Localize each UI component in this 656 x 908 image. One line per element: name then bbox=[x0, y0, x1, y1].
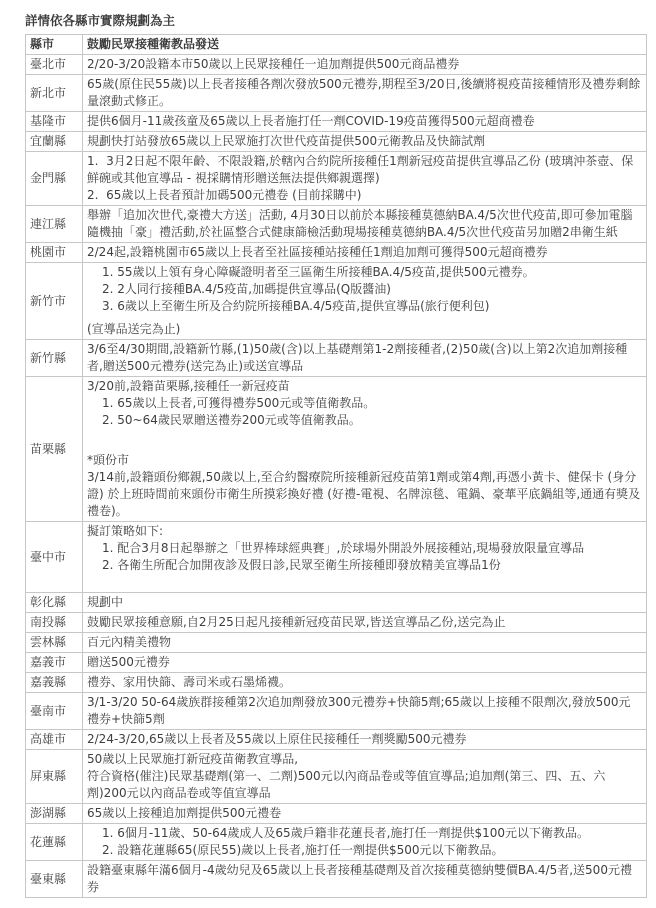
policy-line: 2. 各衛生所配合加開夜診及假日診,民眾至衛生所接種即發放精美宣導品1份 bbox=[87, 557, 642, 574]
policy-line: 3/6至4/30期間,設籍新竹縣,(1)50歲(含)以上基礎劑第1-2劑接種者,… bbox=[87, 341, 642, 375]
county-name: 臺中市 bbox=[26, 522, 83, 593]
policy-cell: 百元內精美禮物 bbox=[83, 633, 647, 653]
policy-line: 贈送500元禮券 bbox=[87, 654, 642, 671]
table-row: 連江縣舉辦「追加次世代,豪禮大方送」活動, 4月30日以前於本縣接種莫德納BA.… bbox=[26, 206, 647, 243]
table-row: 臺北市2/20-3/20設籍本市50歲以上民眾接種任一追加劑提供500元商品禮券 bbox=[26, 55, 647, 75]
policy-line: 65歲以上接種追加劑提供500元禮卷 bbox=[87, 805, 642, 822]
policy-cell: 50歲以上民眾施打新冠疫苗衛教宣導品,符合資格(催注)民眾基礎劑(第一、二劑)5… bbox=[83, 750, 647, 804]
policy-line: 擬訂策略如下: bbox=[87, 523, 642, 540]
policy-line bbox=[87, 574, 642, 591]
table-row: 宜蘭縣規劃快打站發放65歲以上民眾施打次世代疫苗提供500元衛教品及快篩試劑 bbox=[26, 132, 647, 152]
table-row: 花蓮縣1. 6個月-11歲、50-64歲成人及65歲戶籍非花蓮長者,施打任一劑提… bbox=[26, 824, 647, 861]
table-row: 屏東縣50歲以上民眾施打新冠疫苗衛教宣導品,符合資格(催注)民眾基礎劑(第一、二… bbox=[26, 750, 647, 804]
county-name: 連江縣 bbox=[26, 206, 83, 243]
table-row: 基隆市提供6個月-11歲孩童及65歲以上長者施打任一劑COVID-19疫苗獲得5… bbox=[26, 112, 647, 132]
county-name: 澎湖縣 bbox=[26, 804, 83, 824]
policy-line: 規劃中 bbox=[87, 594, 642, 611]
policy-line bbox=[87, 429, 642, 446]
policy-line: 1. 配合3月8日起舉辦之「世界棒球經典賽」,於球場外開設外展接種站,現場發放限… bbox=[87, 540, 642, 557]
page: 詳情依各縣市實際規劃為主 縣市 鼓勵民眾接種衛教品發送 臺北市2/20-3/20… bbox=[0, 0, 656, 908]
policy-line: 3. 6歲以上至衛生所及合約院所接種BA.4/5疫苗,提供宣導品(旅行便利包) bbox=[87, 298, 642, 315]
policy-line: 2. 65歲以上長者預計加碼500元禮卷 (目前採購中) bbox=[87, 187, 642, 204]
policy-line: 1. 3月2日起不限年齡、不限設籍,於轄內合約院所接種任1劑新冠疫苗提供宣導品乙… bbox=[87, 153, 642, 187]
table-row: 臺南市3/1-3/20 50-64歲族群接種第2次追加劑發放300元禮券+快篩5… bbox=[26, 693, 647, 730]
table-row: 新竹縣3/6至4/30期間,設籍新竹縣,(1)50歲(含)以上基礎劑第1-2劑接… bbox=[26, 340, 647, 377]
policy-line: 鼓勵民眾接種意願,自2月25日起凡接種新冠疫苗民眾,皆送宣導品乙份,送完為止 bbox=[87, 614, 642, 631]
policy-cell: 提供6個月-11歲孩童及65歲以上長者施打任一劑COVID-19疫苗獲得500元… bbox=[83, 112, 647, 132]
table-row: 新竹市1. 55歲以上領有身心障礙證明者至三區衛生所接種BA.4/5疫苗,提供5… bbox=[26, 263, 647, 340]
policy-cell: 65歲以上接種追加劑提供500元禮卷 bbox=[83, 804, 647, 824]
policy-cell: 2/24起,設籍桃園市65歲以上長者至社區接種站接種任1劑追加劑可獲得500元超… bbox=[83, 243, 647, 263]
table-row: 臺中市擬訂策略如下:1. 配合3月8日起舉辦之「世界棒球經典賽」,於球場外開設外… bbox=[26, 522, 647, 593]
county-name: 苗栗縣 bbox=[26, 377, 83, 522]
policy-cell: 規劃快打站發放65歲以上民眾施打次世代疫苗提供500元衛教品及快篩試劑 bbox=[83, 132, 647, 152]
county-name: 臺南市 bbox=[26, 693, 83, 730]
header-row: 縣市 鼓勵民眾接種衛教品發送 bbox=[26, 35, 647, 55]
policy-line: 3/1-3/20 50-64歲族群接種第2次追加劑發放300元禮券+快篩5劑;6… bbox=[87, 694, 642, 728]
policy-cell: 1. 55歲以上領有身心障礙證明者至三區衛生所接種BA.4/5疫苗,提供500元… bbox=[83, 263, 647, 340]
county-name: 屏東縣 bbox=[26, 750, 83, 804]
policy-cell: 贈送500元禮券 bbox=[83, 653, 647, 673]
table-row: 嘉義縣禮券、家用快篩、壽司米或石墨烯襪。 bbox=[26, 673, 647, 693]
header-cell-county: 縣市 bbox=[26, 35, 83, 55]
policy-cell: 3/20前,設籍苗栗縣,接種任一新冠疫苗1. 65歲以上長者,可獲得禮券500元… bbox=[83, 377, 647, 522]
policy-line: 設籍臺東縣年滿6個月-4歲幼兒及65歲以上長者接種基礎劑及首次接種莫德納雙價BA… bbox=[87, 862, 642, 896]
policy-line: 1. 55歲以上領有身心障礙證明者至三區衛生所接種BA.4/5疫苗,提供500元… bbox=[87, 264, 642, 281]
county-vaccination-incentive-table: 縣市 鼓勵民眾接種衛教品發送 臺北市2/20-3/20設籍本市50歲以上民眾接種… bbox=[25, 34, 647, 898]
policy-line: 3/14前,設籍頭份鄉親,50歲以上,至合約醫療院所接種新冠疫苗第1劑或第4劑,… bbox=[87, 469, 642, 520]
policy-line: 符合資格(催注)民眾基礎劑(第一、二劑)500元以內商品卷或等值宣導品;追加劑(… bbox=[87, 768, 642, 802]
table-row: 嘉義市贈送500元禮券 bbox=[26, 653, 647, 673]
policy-cell: 2/24-3/20,65歲以上長者及55歲以上原住民接種任一劑獎勵500元禮券 bbox=[83, 730, 647, 750]
policy-cell: 1. 6個月-11歲、50-64歲成人及65歲戶籍非花蓮長者,施打任一劑提供$1… bbox=[83, 824, 647, 861]
table-row: 金門縣1. 3月2日起不限年齡、不限設籍,於轄內合約院所接種任1劑新冠疫苗提供宣… bbox=[26, 152, 647, 206]
policy-cell: 1. 3月2日起不限年齡、不限設籍,於轄內合約院所接種任1劑新冠疫苗提供宣導品乙… bbox=[83, 152, 647, 206]
policy-cell: 3/6至4/30期間,設籍新竹縣,(1)50歲(含)以上基礎劑第1-2劑接種者,… bbox=[83, 340, 647, 377]
policy-line: 2/20-3/20設籍本市50歲以上民眾接種任一追加劑提供500元商品禮券 bbox=[87, 56, 642, 73]
policy-line: 3/20前,設籍苗栗縣,接種任一新冠疫苗 bbox=[87, 378, 642, 395]
table-row: 雲林縣百元內精美禮物 bbox=[26, 633, 647, 653]
policy-cell: 規劃中 bbox=[83, 593, 647, 613]
policy-cell: 設籍臺東縣年滿6個月-4歲幼兒及65歲以上長者接種基礎劑及首次接種莫德納雙價BA… bbox=[83, 861, 647, 898]
policy-line: 1. 6個月-11歲、50-64歲成人及65歲戶籍非花蓮長者,施打任一劑提供$1… bbox=[87, 825, 642, 842]
table-row: 新北市65歲(原住民55歲)以上長者接種各劑次發放500元禮券,期程至3/20日… bbox=[26, 75, 647, 112]
table-row: 高雄市2/24-3/20,65歲以上長者及55歲以上原住民接種任一劑獎勵500元… bbox=[26, 730, 647, 750]
table-row: 彰化縣規劃中 bbox=[26, 593, 647, 613]
county-name: 嘉義縣 bbox=[26, 673, 83, 693]
policy-cell: 舉辦「追加次世代,豪禮大方送」活動, 4月30日以前於本縣接種莫德納BA.4/5… bbox=[83, 206, 647, 243]
policy-cell: 鼓勵民眾接種意願,自2月25日起凡接種新冠疫苗民眾,皆送宣導品乙份,送完為止 bbox=[83, 613, 647, 633]
table-row: 桃園市2/24起,設籍桃園市65歲以上長者至社區接種站接種任1劑追加劑可獲得50… bbox=[26, 243, 647, 263]
policy-cell: 擬訂策略如下:1. 配合3月8日起舉辦之「世界棒球經典賽」,於球場外開設外展接種… bbox=[83, 522, 647, 593]
policy-line: 50歲以上民眾施打新冠疫苗衛教宣導品, bbox=[87, 751, 642, 768]
county-name: 嘉義市 bbox=[26, 653, 83, 673]
table-row: 苗栗縣3/20前,設籍苗栗縣,接種任一新冠疫苗1. 65歲以上長者,可獲得禮券5… bbox=[26, 377, 647, 522]
policy-cell: 2/20-3/20設籍本市50歲以上民眾接種任一追加劑提供500元商品禮券 bbox=[83, 55, 647, 75]
county-name: 雲林縣 bbox=[26, 633, 83, 653]
county-name: 高雄市 bbox=[26, 730, 83, 750]
policy-line: 禮券、家用快篩、壽司米或石墨烯襪。 bbox=[87, 674, 642, 691]
county-name: 桃園市 bbox=[26, 243, 83, 263]
table-header: 縣市 鼓勵民眾接種衛教品發送 bbox=[26, 35, 647, 55]
county-name: 新竹市 bbox=[26, 263, 83, 340]
policy-line: 2. 50~64歲民眾贈送禮券200元或等值衛教品。 bbox=[87, 412, 642, 429]
policy-line: 2. 2人同行接種BA.4/5疫苗,加碼提供宣導品(Q版醬油) bbox=[87, 281, 642, 298]
policy-line: 百元內精美禮物 bbox=[87, 634, 642, 651]
county-name: 新竹縣 bbox=[26, 340, 83, 377]
policy-cell: 65歲(原住民55歲)以上長者接種各劑次發放500元禮券,期程至3/20日,後續… bbox=[83, 75, 647, 112]
policy-line: (宣導品送完為止) bbox=[87, 321, 642, 338]
table-row: 澎湖縣65歲以上接種追加劑提供500元禮卷 bbox=[26, 804, 647, 824]
county-name: 基隆市 bbox=[26, 112, 83, 132]
policy-line: 1. 65歲以上長者,可獲得禮券500元或等值衛教品。 bbox=[87, 395, 642, 412]
county-name: 宜蘭縣 bbox=[26, 132, 83, 152]
county-name: 臺北市 bbox=[26, 55, 83, 75]
header-cell-policy: 鼓勵民眾接種衛教品發送 bbox=[83, 35, 647, 55]
county-name: 南投縣 bbox=[26, 613, 83, 633]
county-name: 金門縣 bbox=[26, 152, 83, 206]
policy-line: *頭份市 bbox=[87, 452, 642, 469]
policy-line: 2/24-3/20,65歲以上長者及55歲以上原住民接種任一劑獎勵500元禮券 bbox=[87, 731, 642, 748]
county-name: 彰化縣 bbox=[26, 593, 83, 613]
table-body: 臺北市2/20-3/20設籍本市50歲以上民眾接種任一追加劑提供500元商品禮券… bbox=[26, 55, 647, 898]
policy-line: 2. 設籍花蓮縣65(原民55)歲以上長者,施打任一劑提供$500元以下衛教品。 bbox=[87, 842, 642, 859]
policy-line: 提供6個月-11歲孩童及65歲以上長者施打任一劑COVID-19疫苗獲得500元… bbox=[87, 113, 642, 130]
policy-cell: 禮券、家用快篩、壽司米或石墨烯襪。 bbox=[83, 673, 647, 693]
county-name: 花蓮縣 bbox=[26, 824, 83, 861]
policy-line: 規劃快打站發放65歲以上民眾施打次世代疫苗提供500元衛教品及快篩試劑 bbox=[87, 133, 642, 150]
county-name: 新北市 bbox=[26, 75, 83, 112]
table-row: 南投縣鼓勵民眾接種意願,自2月25日起凡接種新冠疫苗民眾,皆送宣導品乙份,送完為… bbox=[26, 613, 647, 633]
county-name: 臺東縣 bbox=[26, 861, 83, 898]
table-row: 臺東縣設籍臺東縣年滿6個月-4歲幼兒及65歲以上長者接種基礎劑及首次接種莫德納雙… bbox=[26, 861, 647, 898]
policy-line: 2/24起,設籍桃園市65歲以上長者至社區接種站接種任1劑追加劑可獲得500元超… bbox=[87, 244, 642, 261]
policy-line: 65歲(原住民55歲)以上長者接種各劑次發放500元禮券,期程至3/20日,後續… bbox=[87, 76, 642, 110]
policy-cell: 3/1-3/20 50-64歲族群接種第2次追加劑發放300元禮券+快篩5劑;6… bbox=[83, 693, 647, 730]
page-title: 詳情依各縣市實際規劃為主 bbox=[25, 12, 648, 29]
policy-line: 舉辦「追加次世代,豪禮大方送」活動, 4月30日以前於本縣接種莫德納BA.4/5… bbox=[87, 207, 642, 241]
